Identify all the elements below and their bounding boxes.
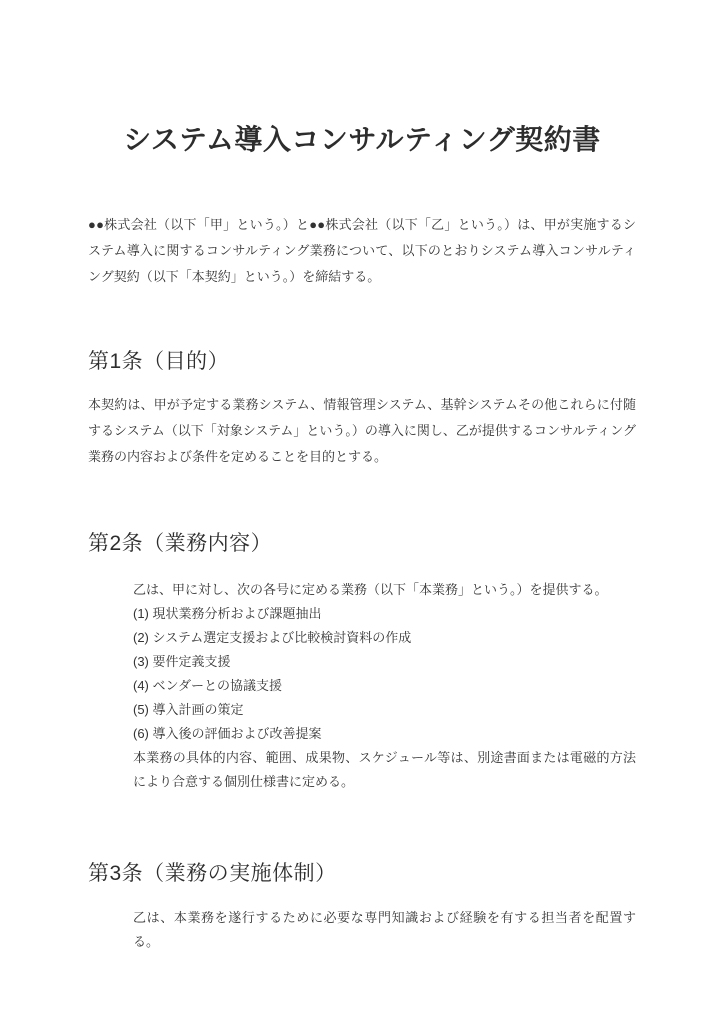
article-2-lead: 乙は、甲に対し、次の各号に定める業務（以下「本業務」という。）を提供する。 <box>133 578 636 602</box>
document-title: システム導入コンサルティング契約書 <box>0 118 724 158</box>
article-2-closing: 本業務の具体的内容、範囲、成果物、スケジュール等は、別途書面または電磁的方法によ… <box>133 746 636 794</box>
article-3-heading: 第3条（業務の実施体制） <box>88 857 337 887</box>
article-2-item-3: (3) 要件定義支援 <box>133 650 636 674</box>
article-2-heading: 第2条（業務内容） <box>88 527 272 557</box>
article-2-item-6: (6) 導入後の評価および改善提案 <box>133 722 636 746</box>
article-2-item-5: (5) 導入計画の策定 <box>133 698 636 722</box>
article-2-item-4: (4) ベンダーとの協議支援 <box>133 674 636 698</box>
article-3-body: 乙は、本業務を遂行するために必要な専門知識および経験を有する担当者を配置する。 <box>133 906 636 954</box>
intro-paragraph: ●●株式会社（以下「甲」という。）と●●株式会社（以下「乙」という。）は、甲が実… <box>88 212 636 290</box>
article-2-item-1: (1) 現状業務分析および課題抽出 <box>133 602 636 626</box>
article-1-body: 本契約は、甲が予定する業務システム、情報管理システム、基幹システムその他これらに… <box>88 392 636 470</box>
article-2-content: 乙は、甲に対し、次の各号に定める業務（以下「本業務」という。）を提供する。 (1… <box>133 578 636 794</box>
contract-document-page: システム導入コンサルティング契約書 ●●株式会社（以下「甲」という。）と●●株式… <box>0 0 724 1024</box>
article-2-item-2: (2) システム選定支援および比較検討資料の作成 <box>133 626 636 650</box>
article-1-heading: 第1条（目的） <box>88 345 229 375</box>
